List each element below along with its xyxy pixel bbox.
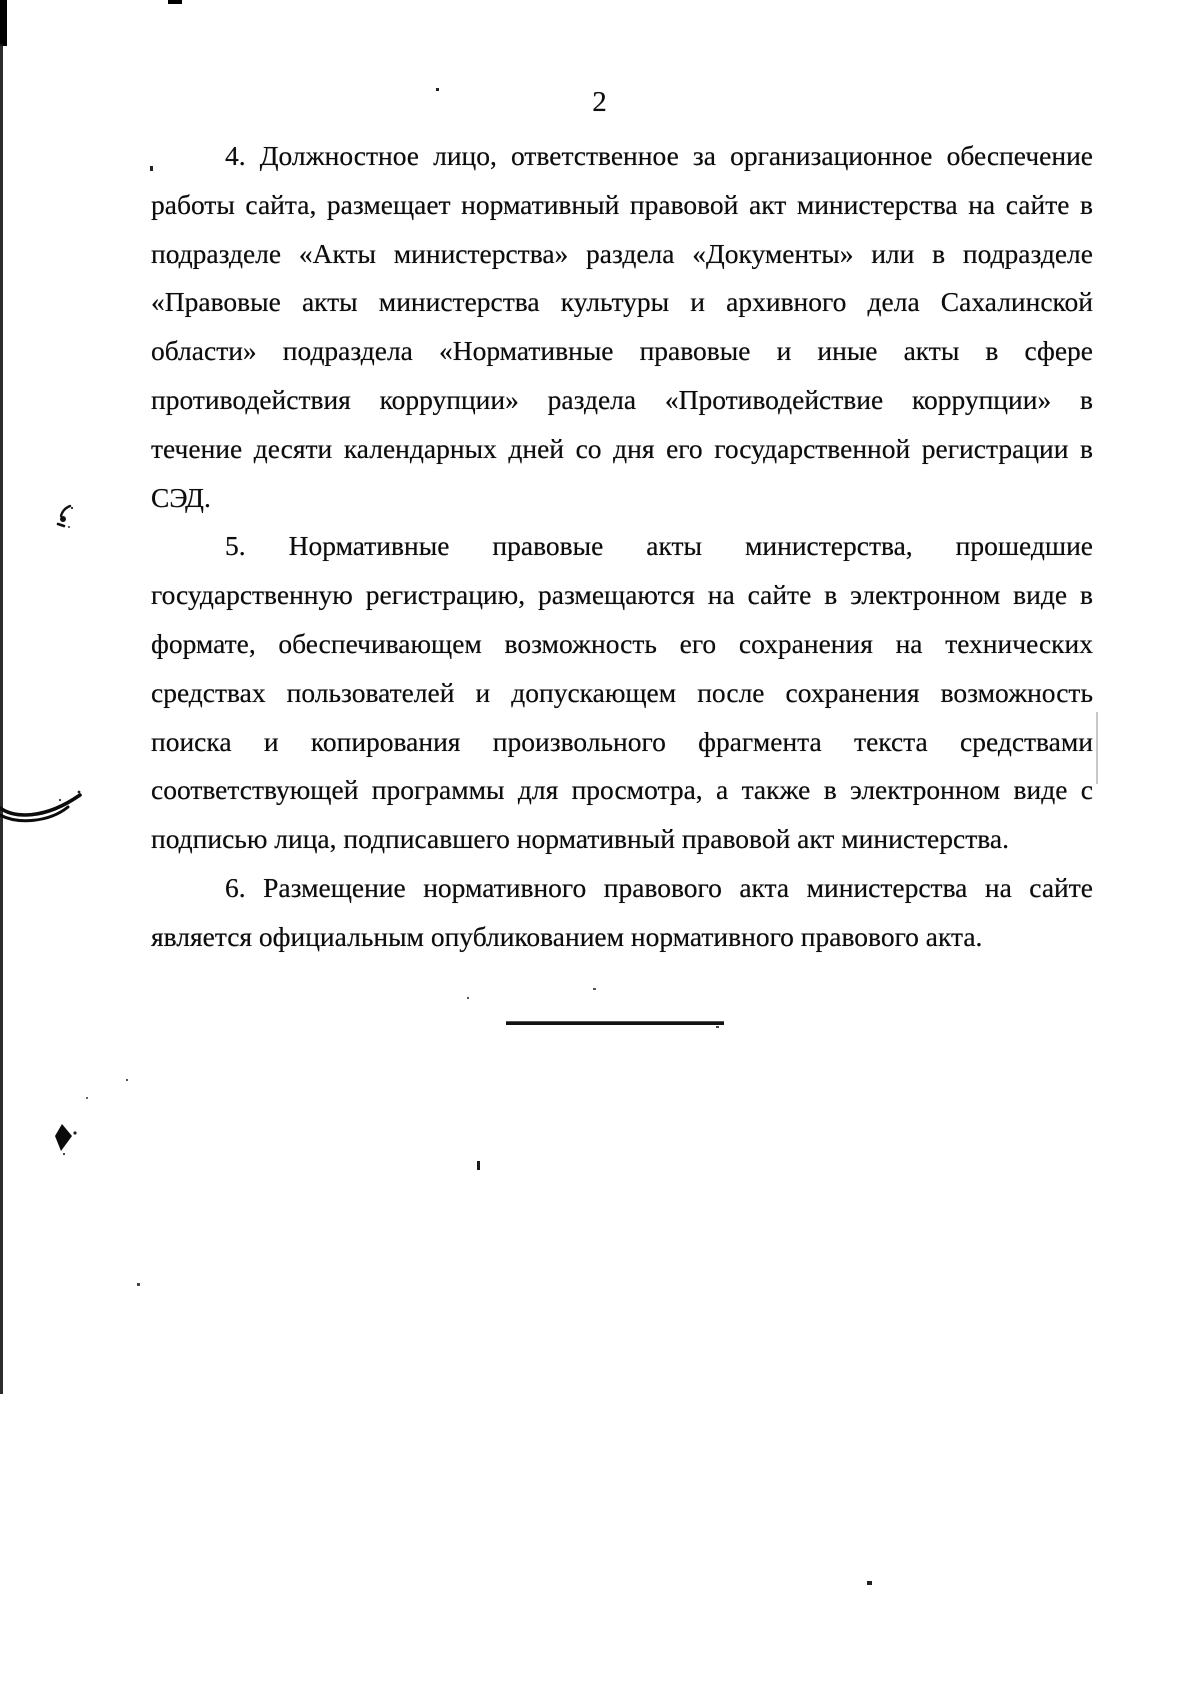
page-number: 2 xyxy=(0,88,1200,117)
scan-speck xyxy=(137,1283,140,1286)
text-line: 5. Нормативные правовые акты министерств… xyxy=(151,522,1093,571)
text-line: противодействия коррупции» раздела «Прот… xyxy=(151,376,1093,425)
margin-swoosh-mark-icon xyxy=(0,788,88,832)
fold-line-artifact xyxy=(1096,712,1098,784)
scan-speck xyxy=(168,260,171,263)
text-line: подписью лица, подписавшего нормативный … xyxy=(151,815,1093,864)
text-line: области» подраздела «Нормативные правовы… xyxy=(151,327,1093,376)
text-line: государственную регистрацию, размещаются… xyxy=(151,571,1093,620)
scan-speck xyxy=(593,988,596,990)
margin-ink-blot-icon xyxy=(52,1124,80,1156)
scan-speck xyxy=(86,1097,88,1099)
scan-speck xyxy=(436,88,439,91)
scan-speck xyxy=(126,1079,128,1081)
text-line: «Правовые акты министерства культуры и а… xyxy=(151,278,1093,327)
document-text-block: 4. Должностное лицо, ответственное за ор… xyxy=(151,132,1093,962)
scan-speck xyxy=(867,1581,872,1585)
scan-speck xyxy=(467,997,469,999)
text-line: СЭД. xyxy=(151,474,1093,523)
text-line: 6. Размещение нормативного правового акт… xyxy=(151,864,1093,913)
text-line: 4. Должностное лицо, ответственное за ор… xyxy=(151,132,1093,181)
text-line: поиска и копирования произвольного фрагм… xyxy=(151,718,1093,767)
text-line: является официальным опубликованием норм… xyxy=(151,913,1093,962)
text-line: подразделе «Акты министерства» раздела «… xyxy=(151,230,1093,279)
text-line: работы сайта, размещает нормативный прав… xyxy=(151,181,1093,230)
scan-edge-strip xyxy=(0,44,3,1394)
scan-speck xyxy=(716,1026,719,1028)
end-of-document-divider xyxy=(506,1021,724,1025)
scan-edge-strip-top xyxy=(0,0,7,46)
scan-edge-dash xyxy=(168,0,182,4)
text-line: формате, обеспечивающем возможность его … xyxy=(151,620,1093,669)
text-line: средствах пользователей и допускающем по… xyxy=(151,669,1093,718)
text-line: течение десяти календарных дней со дня е… xyxy=(151,425,1093,474)
margin-scratch-mark-icon xyxy=(55,503,79,531)
scan-speck xyxy=(477,1161,480,1170)
text-line: соответствующей программы для просмотра,… xyxy=(151,766,1093,815)
scan-speck xyxy=(150,166,153,171)
scanned-document-page: 2 4. Должностное лицо, ответственное за … xyxy=(0,0,1200,1704)
